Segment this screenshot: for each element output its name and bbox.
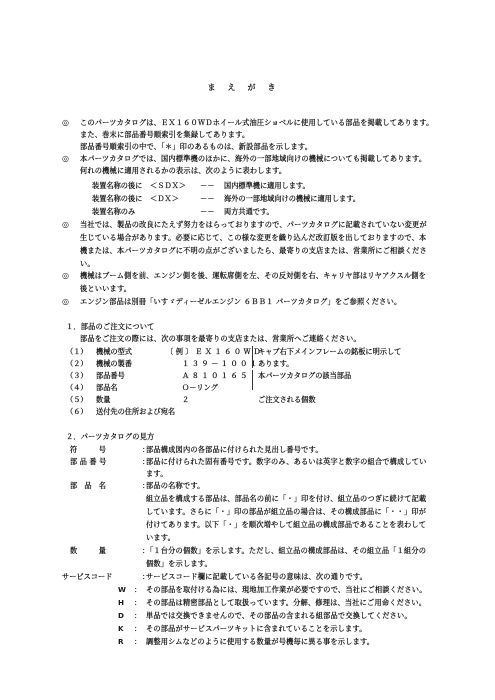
service-code-d: D [118,611,124,620]
order-item-value: 〔例〕ＥＸ１６０ＷＤ [166,347,263,356]
section1-intro: 部品をご注文の際には、次の事項を最寄りの支店または、営業所へご連絡ください。 [80,334,361,343]
applicability-desc: 両方共通です。 [224,207,274,216]
service-code-h: H [118,598,124,607]
bullet-icon: ◎ [62,220,69,229]
field-desc: 「１台分の個数」を示します。ただし、組立品の構成部品は、その組立品「１組分の [146,546,426,555]
field-sep: ： [134,598,141,607]
order-item-label: 送付先の住所および宛名 [96,407,175,416]
order-item-no: （３） [66,371,88,380]
field-sep: ： [134,611,141,620]
order-item-no: （４） [66,383,88,392]
applicability-label: 装置名称の後に [92,194,142,203]
order-item-note: 本パーツカタログの該当部品 [258,371,351,380]
service-code-desc: その部品は精密部品として取扱っています。分解、修理は、当社にご用命ください。 [146,598,426,607]
service-code-desc: その部品がサービスパーツキットに含まれていることを示します。 [146,624,367,633]
order-item-value: １３９－１００１ [182,359,260,368]
applicability-label: 装置名称のみ [92,207,135,216]
field-sep: ： [134,585,141,594]
section1-heading: １．部品のご注文について [66,322,155,331]
intro-p1-line1: このパーツカタログは、ＥＸ１６０ＷＤホイール式油圧ショベルに使用している部品を掲… [80,118,433,127]
field-desc: ます。 [146,469,168,478]
bracket-divider [252,346,253,368]
section2-heading: ２．パーツカタログの見方 [66,432,154,441]
field-sep: ： [134,624,141,633]
service-code-r: R [118,637,124,646]
applicability-dash: －－ [200,207,214,216]
field-desc: 組立品を構成する部品は、部品名の前に「・」印を付け、組立品のつぎに続けて記載 [146,494,426,503]
applicability-dash: －－ [200,194,214,203]
page-title: まえがき [0,82,495,93]
intro-p4-line1: 機械はブーム側を前、エンジン側を後、運転席側を左、その反対側を右、キャリヤ部はリ… [80,271,426,280]
intro-p2-line2: 何れの機械に適用されるかの表示は、次のように表わします。 [80,166,286,175]
field-label-service-code: サービスコード [62,572,112,581]
order-item-no: （６） [66,407,88,416]
order-item-label: 機械の製番 [96,359,132,368]
field-desc: 付けてあります。以下「・」を順次増やして組立品の構成部品であることを表わして [146,520,426,529]
field-desc: 個数」を示します。 [146,559,212,568]
applicability-dash: －－ [200,181,214,190]
order-item-label: 機械の型式 [96,347,132,356]
intro-p1-line2: また、巻末に部品番号順索引を集録してあります。 [80,130,249,139]
order-item-no: （１） [66,347,88,356]
field-label-part-no: 部 品 番 号 [70,457,106,466]
service-code-desc: 単品では交換できませんので、その部品の含まれる組部品で交換してください。 [146,611,412,620]
field-label-quantity: 数 量 [70,546,106,555]
bracket-divider [252,370,253,390]
applicability-desc: 海外の一部地域向けの機械に適用します。 [224,194,360,203]
service-code-w: W [118,585,126,594]
applicability-code: ＜ＳＤＸ＞ [150,181,186,190]
service-code-desc: 調整用シムなどのように使用する数量が号機毎に異る事を示します。 [146,637,374,646]
intro-p3-line4: い。 [80,259,95,268]
field-label-part-name: 部 品 名 [70,481,106,490]
field-desc: 部品の名称です。 [146,481,205,490]
intro-p3-line1: 当社では、製品の改良にたえず努力をはらっておりますので、パーツカタログに記載され… [80,220,427,229]
field-label-ref-no: 符 号 [70,445,142,454]
intro-p5-line1: エンジン部品は別冊「いすゞディーゼルエンジン ６ＢＢ１ パーツカタログ」をご参照… [80,297,401,306]
field-desc: しています。さらに「・」印の部品が組立品の場合は、その構成部品に「・・」印が [146,507,426,516]
order-item-value: Ａ８１０１６５ [182,371,250,380]
intro-p3-line3: 機または、本パーツカタログに不明の点がございましたら、最寄りの支店または、営業所… [80,246,427,255]
intro-p3-line2: 生じている場合があります。必要に応じて、この様な変更を織り込んだ改訂版を出してお… [80,233,426,242]
applicability-desc: 国内標準機に適用します。 [224,181,310,190]
bullet-icon: ◎ [62,154,69,163]
document-page: まえがき ◎ このパーツカタログは、ＥＸ１６０ＷＤホイール式油圧ショベルに使用し… [0,0,495,700]
service-code-desc: その部品を取付ける為には、現地加工作業が必要ですので、当社にご相談ください。 [146,585,427,594]
intro-p1-line3: 部品番号順索引の中で、「＊」印のあるものは、新設部品を示します。 [80,142,312,151]
order-item-no: （２） [66,359,88,368]
order-item-value: Ｏ－リング [182,383,218,392]
bullet-icon: ◎ [62,118,69,127]
order-item-no: （５） [66,395,88,404]
order-item-value: ２ [182,395,189,404]
order-item-label: 部品番号 [96,371,125,380]
applicability-code: ＜ＤＸ＞ [150,194,179,203]
field-sep: ： [134,637,141,646]
intro-p2-line1: 本パーツカタログでは、国内標準機のほかに、海外の一部地域向けの機械についても掲載… [80,154,426,163]
order-item-note: キャブ右下メインフレームの銘板に明示して [258,347,401,356]
field-desc: 部品構成図内の各部品に付けられた見出し番号です。 [146,445,323,454]
bullet-icon: ◎ [62,297,69,306]
order-item-label: 数量 [96,395,110,404]
intro-p4-line2: 後といいます。 [80,284,131,293]
order-item-label: 部品名 [96,383,118,392]
field-desc: サービスコード欄に記載している各記号の意味は、次の通りです。 [146,572,367,581]
service-code-k: K [118,624,124,633]
order-item-note: ご注文される個数 [258,395,316,404]
applicability-label: 装置名称の後に [92,181,142,190]
field-desc: います。 [146,533,175,542]
bullet-icon: ◎ [62,271,69,280]
order-item-note: あります。 [258,359,293,368]
field-desc: 部品に付けられた固有番号です。数字のみ、あるいは英字と数字の組合で構成してい [146,457,427,466]
